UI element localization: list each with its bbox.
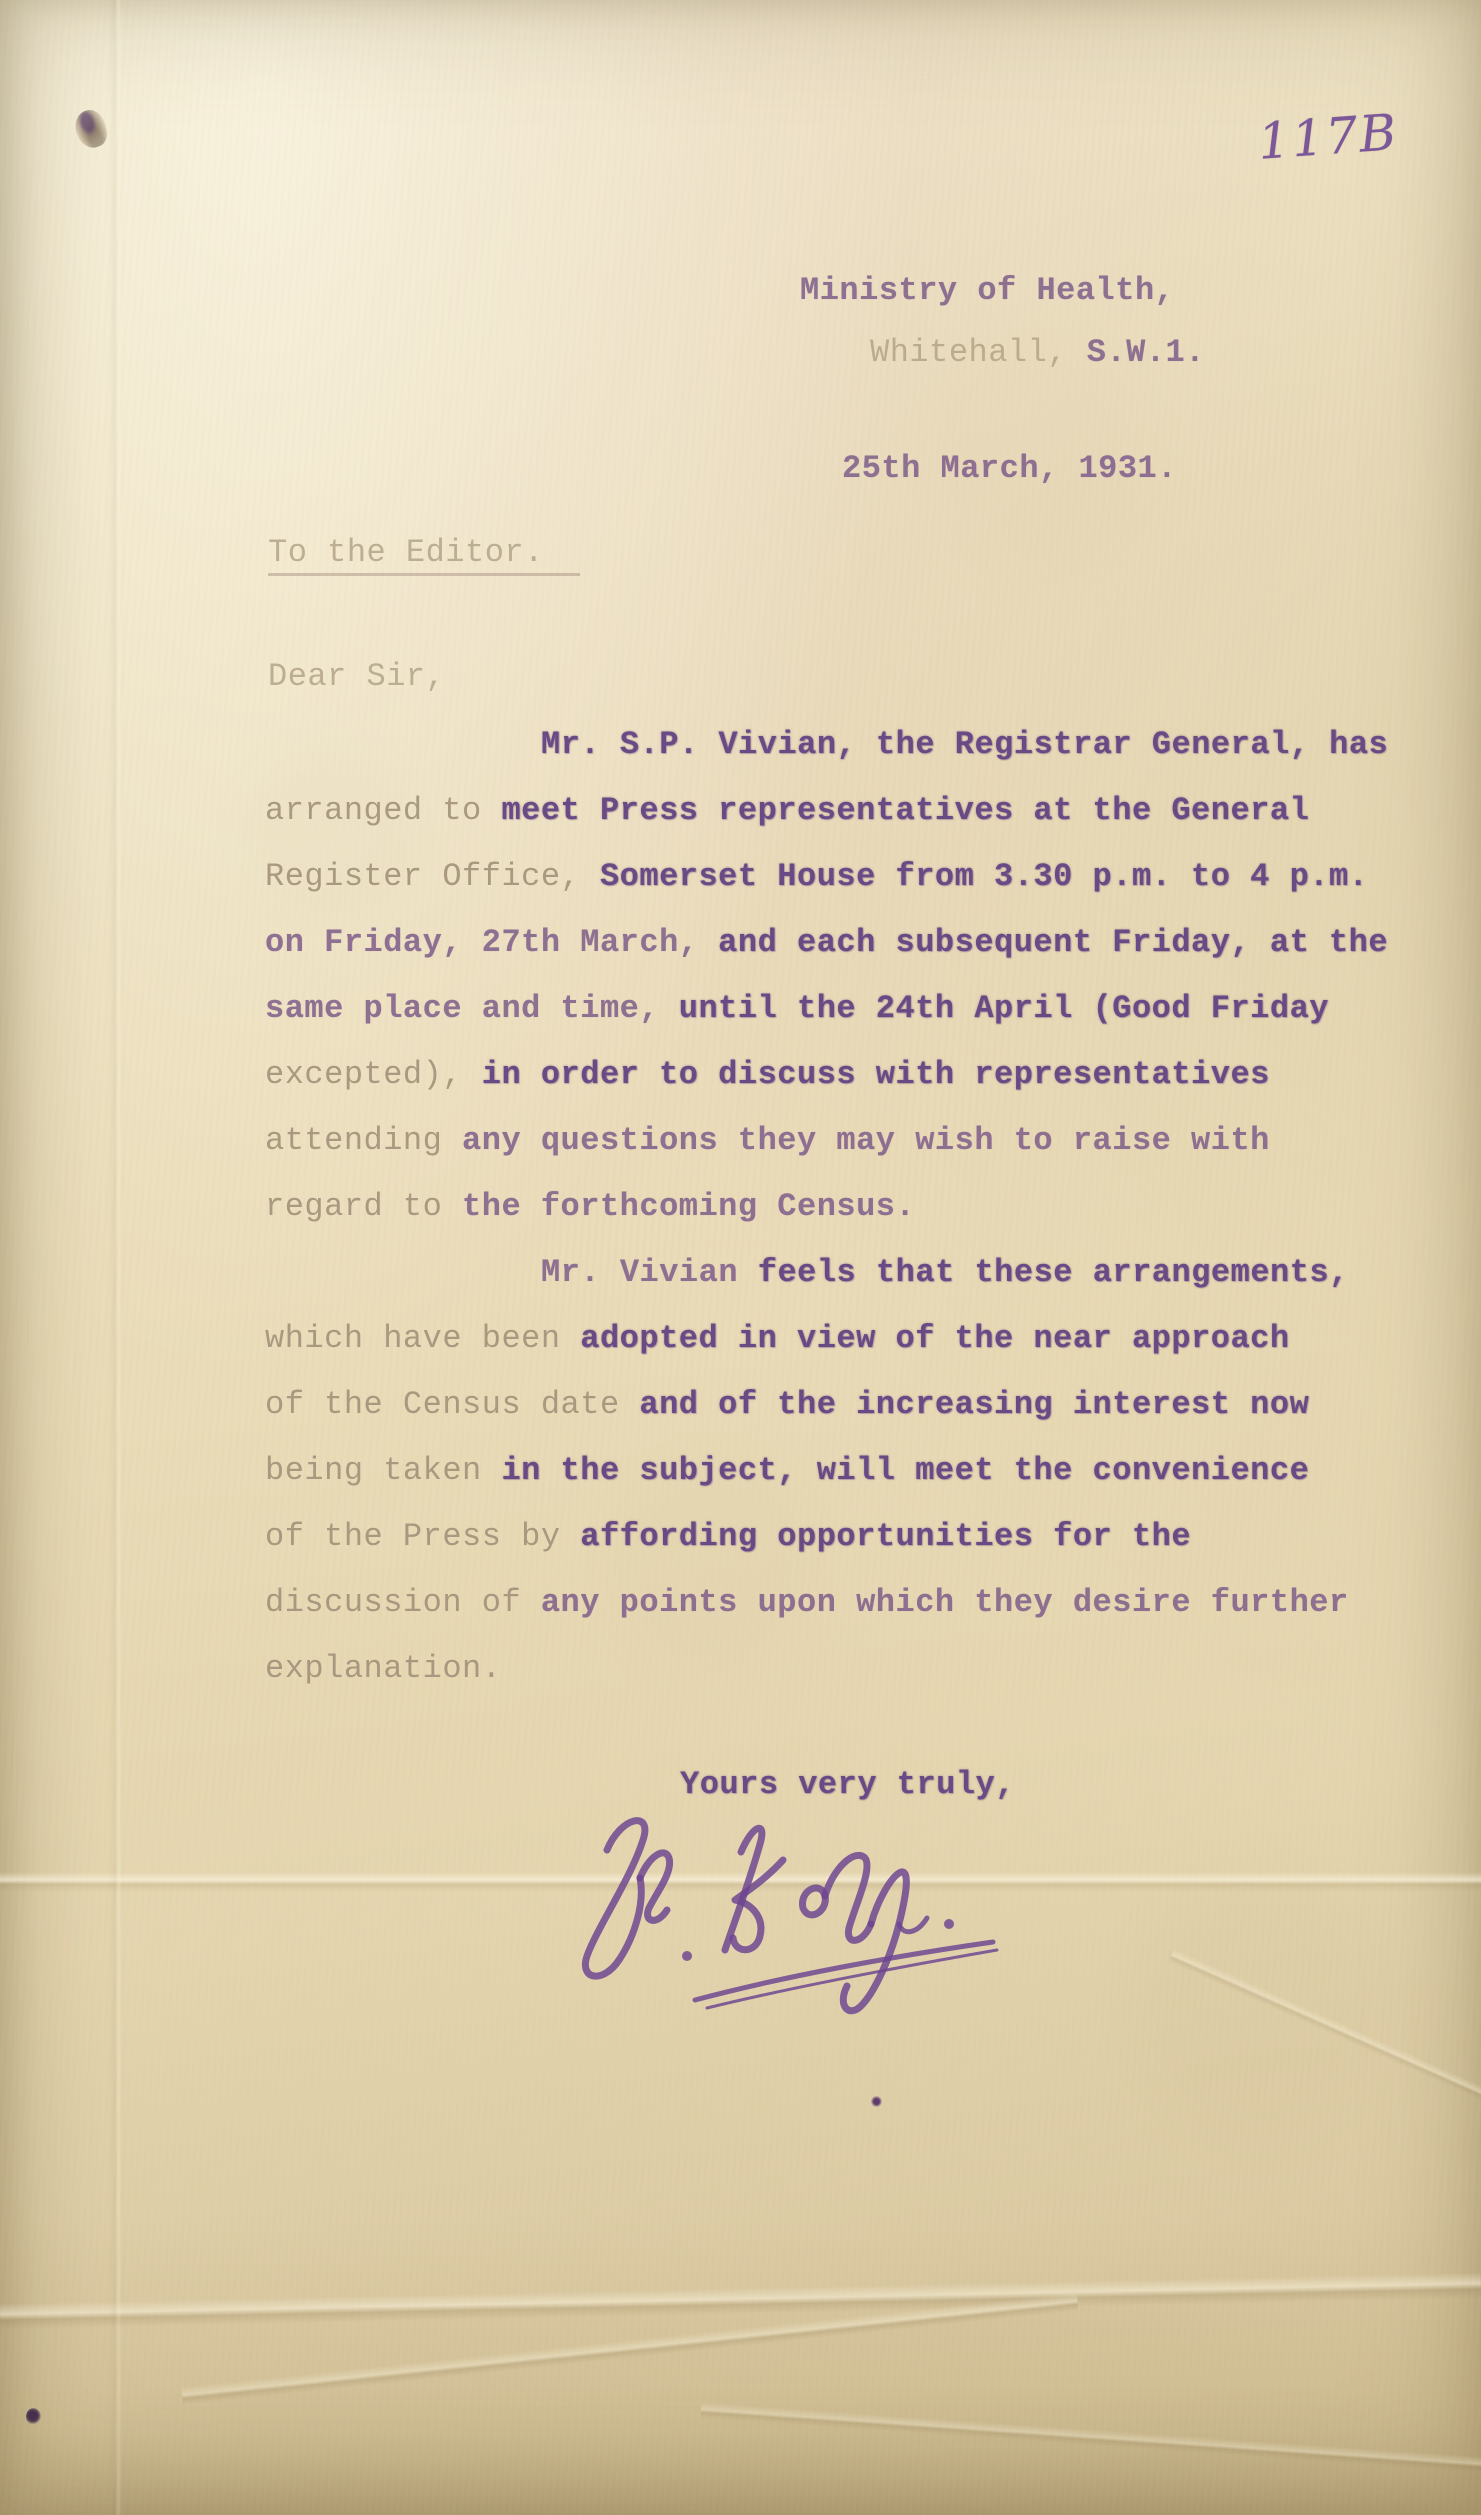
line-segment: in the subject, will meet the convenienc…	[482, 1452, 1310, 1489]
recipient-text: To the Editor.	[268, 534, 580, 576]
line-segment: arranged to	[265, 792, 482, 829]
scanned-letter-page: 117B Ministry of Health, Whitehall, S.W.…	[0, 0, 1481, 2515]
letter-line: excepted), in order to discuss with repr…	[265, 1042, 1405, 1108]
date-text: 25th March, 1931.	[842, 450, 1177, 487]
line-segment: regard to	[265, 1188, 442, 1225]
letter-line: Register Office, Somerset House from 3.3…	[265, 844, 1405, 910]
line-segment: discussion of	[265, 1584, 521, 1621]
hole-punch-mark	[26, 2408, 41, 2425]
letter-line: of the Press by affording opportunities …	[265, 1504, 1405, 1570]
sender-address-line2: Whitehall, S.W.1.	[870, 320, 1205, 386]
line-segment: Mr. S.P. Vivian, the Registrar General, …	[541, 726, 1388, 763]
letter-line: on Friday, 27th March, and each subseque…	[265, 910, 1405, 976]
line-segment: meet Press representatives at the Genera…	[482, 792, 1310, 829]
letter-line: arranged to meet Press representatives a…	[265, 778, 1405, 844]
line-segment: of the Press by	[265, 1518, 561, 1555]
letter-line: Mr. Vivian feels that these arrangements…	[265, 1240, 1405, 1306]
letter-body: Mr. S.P. Vivian, the Registrar General, …	[265, 712, 1405, 1702]
line-segment: of the Census date	[265, 1386, 620, 1423]
sender-org: Ministry of Health,	[800, 272, 1174, 309]
handwritten-signature	[545, 1796, 1165, 2046]
line-segment: explanation.	[265, 1650, 501, 1687]
line-segment: the forthcoming Census.	[442, 1188, 915, 1225]
letter-line: being taken in the subject, will meet th…	[265, 1438, 1405, 1504]
line-segment: Mr. Vivian	[541, 1254, 738, 1291]
line-segment: Somerset House from 3.30 p.m. to 4 p.m.	[580, 858, 1368, 895]
ink-dot	[871, 2096, 882, 2107]
line-segment: same place and time,	[265, 990, 659, 1027]
sender-city-faded: Whitehall,	[870, 334, 1067, 371]
sender-address-line1: Ministry of Health,	[800, 258, 1174, 324]
line-segment: and of the increasing interest now	[620, 1386, 1310, 1423]
line-segment: which have been	[265, 1320, 561, 1357]
fold-crease	[700, 2402, 1481, 2474]
line-segment: on Friday, 27th March,	[265, 924, 698, 961]
line-segment: and each subsequent Friday, at the	[698, 924, 1388, 961]
staple-mark	[71, 106, 111, 151]
letter-date: 25th March, 1931.	[842, 436, 1177, 502]
line-segment: affording opportunities for the	[561, 1518, 1192, 1555]
archival-page-number: 117B	[1256, 103, 1400, 171]
line-segment: adopted in view of the near approach	[561, 1320, 1290, 1357]
line-segment: excepted),	[265, 1056, 462, 1093]
line-segment: any questions they may wish to raise wit…	[442, 1122, 1270, 1159]
line-segment: until the 24th April (Good Friday	[659, 990, 1329, 1027]
letter-line: same place and time, until the 24th Apri…	[265, 976, 1405, 1042]
letter-line: Mr. S.P. Vivian, the Registrar General, …	[265, 712, 1405, 778]
letter-line: regard to the forthcoming Census.	[265, 1174, 1405, 1240]
letter-line: of the Census date and of the increasing…	[265, 1372, 1405, 1438]
line-segment: attending	[265, 1122, 442, 1159]
sender-postcode: S.W.1.	[1067, 334, 1205, 371]
line-segment: being taken	[265, 1452, 482, 1489]
fold-crease	[108, 0, 122, 2515]
letter-line: discussion of any points upon which they…	[265, 1570, 1405, 1636]
salutation: Dear Sir,	[268, 644, 445, 710]
letter-line: attending any questions they may wish to…	[265, 1108, 1405, 1174]
line-segment: in order to discuss with representatives	[462, 1056, 1270, 1093]
fold-crease	[1169, 1949, 1481, 2165]
letter-line: explanation.	[265, 1636, 1405, 1702]
recipient-line: To the Editor.	[268, 520, 580, 586]
paper-stain	[0, 2220, 1481, 2515]
line-segment: Register Office,	[265, 858, 580, 895]
line-segment: feels that these arrangements,	[738, 1254, 1349, 1291]
letter-line: which have been adopted in view of the n…	[265, 1306, 1405, 1372]
line-segment: any points upon which they desire furthe…	[521, 1584, 1349, 1621]
fold-crease	[182, 2293, 1079, 2405]
salutation-text: Dear Sir,	[268, 658, 445, 695]
fold-crease	[0, 2272, 1481, 2329]
